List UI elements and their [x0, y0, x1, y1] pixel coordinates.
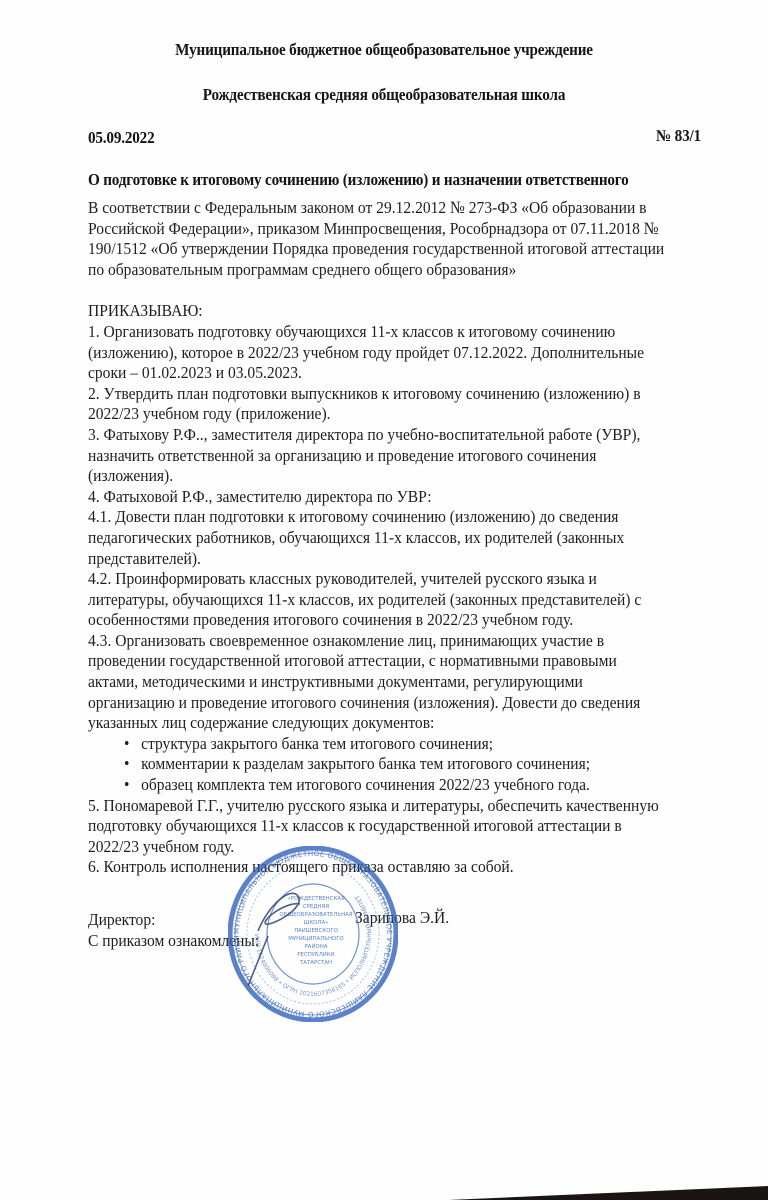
bullet-text: образец комплекта тем итогового сочинени…: [141, 775, 590, 794]
preamble-line: по образовательным программам среднего о…: [88, 260, 700, 281]
bullet-icon: •: [124, 775, 129, 796]
order-number: № 83/1: [656, 126, 701, 146]
order-item-line: сроки – 01.02.2023 и 03.05.2023.: [88, 363, 700, 384]
bullet-text: структура закрытого банка тем итогового …: [141, 734, 493, 753]
bullet-item: • комментарии к разделам закрытого банка…: [88, 754, 700, 775]
bullet-item: • образец комплекта тем итогового сочине…: [88, 775, 700, 796]
stamp-center-line: ШКОЛА»: [304, 920, 329, 926]
order-item-line: 4. Фатыховой Р.Ф., заместителю директора…: [88, 487, 700, 508]
spacer: [88, 280, 768, 301]
order-item-line: 3. Фатыхову Р.Ф.., заместителя директора…: [88, 425, 700, 446]
order-heading: ПРИКАЗЫВАЮ:: [88, 301, 700, 322]
stamp-center-line: ЛАИШЕВСКОГО: [294, 928, 338, 934]
order-item-line: 4.1. Довести план подготовки к итоговому…: [88, 507, 700, 528]
stamp-center-line: ОБЩЕОБРАЗОВАТЕЛЬНАЯ: [279, 912, 352, 918]
stamp-center-line: РАЙОНА: [305, 943, 328, 950]
order-body: В соответствии с Федеральным законом от …: [88, 198, 768, 878]
order-item-line: 1. Организовать подготовку обучающихся 1…: [88, 322, 700, 343]
signature-name: Зарипова Э.Й.: [355, 908, 449, 928]
order-item-line: литературы, обучающихся 11-х классов, их…: [88, 590, 700, 611]
acknowledgement-label: С приказом ознакомлены:: [88, 931, 259, 951]
order-item-line: 2. Утвердить план подготовки выпускников…: [88, 384, 700, 405]
order-item-line: проведении государственной итоговой атте…: [88, 651, 700, 672]
stamp-center-line: СРЕДНЯЯ: [303, 904, 329, 910]
order-item-line: педагогических работников, обучающихся 1…: [88, 528, 700, 549]
stamp-center-line: РЕСПУБЛИКИ: [297, 952, 334, 958]
order-item-line: 6. Контроль исполнения настоящего приказ…: [88, 857, 700, 878]
organization-line-2: Рождественская средняя общеобразовательн…: [31, 85, 738, 105]
order-item-line: (изложению), которое в 2022/23 учебном г…: [88, 343, 700, 364]
order-title: О подготовке к итоговому сочинению (изло…: [88, 170, 629, 190]
bullet-item: • структура закрытого банка тем итоговог…: [88, 734, 700, 755]
order-item-line: организацию и проведение итогового сочин…: [88, 693, 700, 714]
preamble: В соответствии с Федеральным законом от …: [88, 198, 768, 280]
order-item-line: (изложения).: [88, 466, 700, 487]
document-page: Муниципальное бюджетное общеобразователь…: [0, 0, 768, 1200]
document-bullet-list: • структура закрытого банка тем итоговог…: [88, 734, 768, 796]
order-item-line: 2022/23 учебном году (приложение).: [88, 404, 700, 425]
scan-edge-shadow: [448, 1186, 768, 1200]
order-item-line: 4.2. Проинформировать классных руководит…: [88, 569, 700, 590]
preamble-line: В соответствии с Федеральным законом от …: [88, 198, 700, 219]
signature-role: Директор:: [88, 910, 155, 930]
preamble-line: Российской Федерации», приказом Минпросв…: [88, 219, 700, 240]
order-date: 05.09.2022: [88, 128, 154, 148]
bullet-text: комментарии к разделам закрытого банка т…: [141, 754, 590, 773]
order-item-line: 4.3. Организовать своевременное ознакомл…: [88, 631, 700, 652]
bullet-icon: •: [124, 754, 129, 775]
order-item-line: особенностями проведения итогового сочин…: [88, 610, 700, 631]
preamble-line: 190/1512 «Об утверждении Порядка проведе…: [88, 239, 700, 260]
order-item-line: 5. Пономаревой Г.Г., учителю русского яз…: [88, 796, 700, 817]
order-items-continued: 5. Пономаревой Г.Г., учителю русского яз…: [88, 796, 768, 878]
bullet-icon: •: [124, 734, 129, 755]
order-item-line: представителей).: [88, 549, 700, 570]
order-item-line: назначить ответственной за организацию и…: [88, 446, 700, 467]
order-item-line: 2022/23 учебном году.: [88, 837, 700, 858]
stamp-center-line: МУНИЦИПАЛЬНОГО: [288, 936, 344, 942]
order-item-line: указанных лиц содержание следующих докум…: [88, 713, 700, 734]
organization-line-1: Муниципальное бюджетное общеобразователь…: [31, 40, 738, 60]
stamp-center-line: «РОЖДЕСТВЕНСКАЯ: [287, 896, 345, 902]
order-items: 1. Организовать подготовку обучающихся 1…: [88, 322, 768, 734]
stamp-center-line: ТАТАРСТАН: [299, 960, 332, 966]
order-item-line: подготовку обучающихся 11-х классов к го…: [88, 816, 700, 837]
order-item-line: актами, методическими и инструктивными д…: [88, 672, 700, 693]
